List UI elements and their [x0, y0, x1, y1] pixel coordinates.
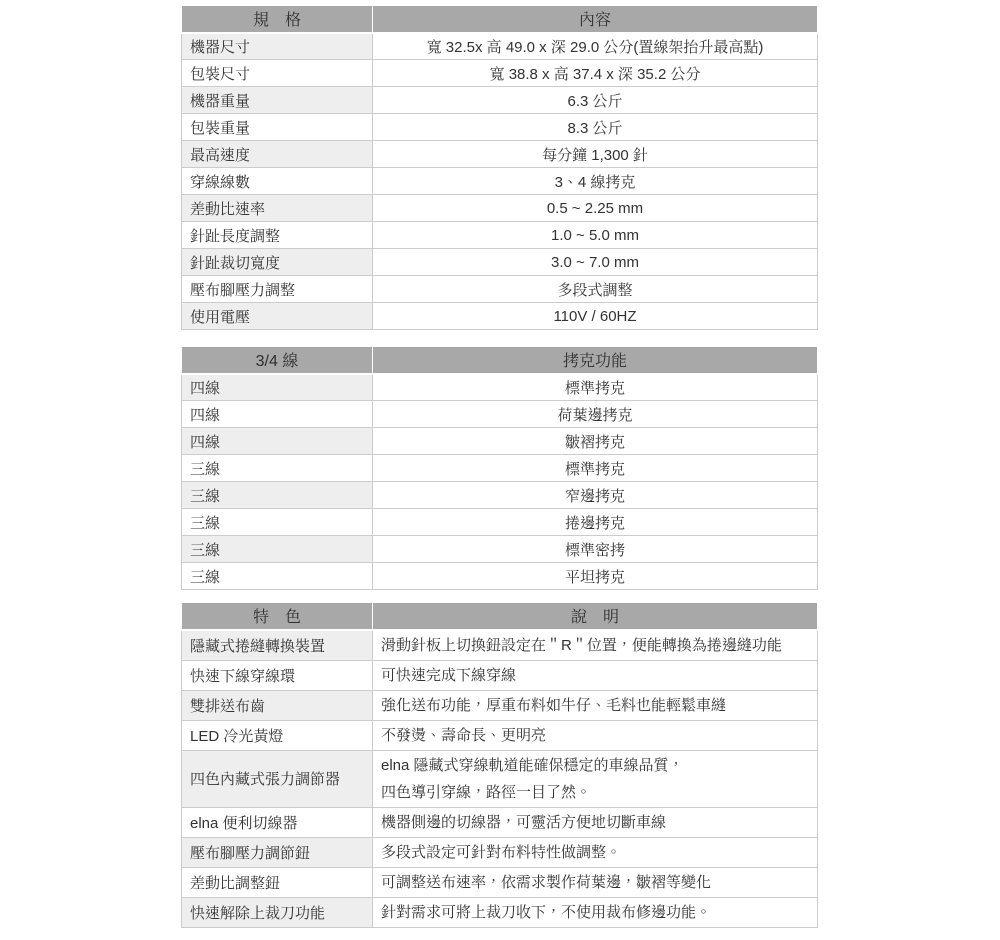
row-label: 快速下線穿線環 [182, 660, 373, 690]
table-header-row: 3/4 線 拷克功能 [182, 347, 818, 374]
table-row: 針趾長度調整 1.0 ~ 5.0 mm [182, 222, 818, 249]
table-row: 隱藏式捲縫轉換裝置 滑動針板上切換鈕設定在＂R＂位置，便能轉換為捲邊縫功能 [182, 630, 818, 661]
row-value: 可快速完成下線穿線 [373, 660, 818, 690]
row-value: 平坦拷克 [373, 563, 818, 590]
table-row: 差動比速率 0.5 ~ 2.25 mm [182, 195, 818, 222]
row-value: 機器側邊的切線器，可靈活方便地切斷車線 [373, 807, 818, 837]
row-value: 110V / 60HZ [373, 303, 818, 330]
table-row: 包裝尺寸 寬 38.8 x 高 37.4 x 深 35.2 公分 [182, 60, 818, 87]
row-label: 差動比調整鈕 [182, 867, 373, 897]
row-value: 3、4 線拷克 [373, 168, 818, 195]
table-row: 快速下線穿線環 可快速完成下線穿線 [182, 660, 818, 690]
table-row: 使用電壓 110V / 60HZ [182, 303, 818, 330]
table-row: 快速解除上裁刀功能 針對需求可將上裁刀收下，不使用裁布修邊功能。 [182, 897, 818, 927]
row-value: 捲邊拷克 [373, 509, 818, 536]
table-row: 三線 捲邊拷克 [182, 509, 818, 536]
feature-table: 特 色 說 明 隱藏式捲縫轉換裝置 滑動針板上切換鈕設定在＂R＂位置，便能轉換為… [181, 602, 818, 928]
row-label: 包裝尺寸 [182, 60, 373, 87]
feature-header-description: 說 明 [373, 603, 818, 630]
row-label: 差動比速率 [182, 195, 373, 222]
row-value: 不發燙、壽命長、更明亮 [373, 720, 818, 750]
row-label: 三線 [182, 563, 373, 590]
row-label: 使用電壓 [182, 303, 373, 330]
row-label: 針趾裁切寬度 [182, 249, 373, 276]
table-header-row: 特 色 說 明 [182, 603, 818, 630]
row-label: 雙排送布齒 [182, 690, 373, 720]
row-value: 多段式設定可針對布料特性做調整。 [373, 837, 818, 867]
row-value: 多段式調整 [373, 276, 818, 303]
row-label: 四線 [182, 428, 373, 455]
row-label: 最高速度 [182, 141, 373, 168]
table-row: 四色內藏式張力調節器 elna 隱藏式穿線軌道能確保穩定的車線品質， 四色導引穿… [182, 750, 818, 807]
row-value: 皺褶拷克 [373, 428, 818, 455]
table-row: 三線 窄邊拷克 [182, 482, 818, 509]
row-label: 隱藏式捲縫轉換裝置 [182, 630, 373, 661]
row-label: 四色內藏式張力調節器 [182, 750, 373, 807]
row-label: 包裝重量 [182, 114, 373, 141]
row-value: 每分鐘 1,300 針 [373, 141, 818, 168]
table-row: 機器尺寸 寬 32.5x 高 49.0 x 深 29.0 公分(置線架抬升最高點… [182, 33, 818, 60]
row-label: 快速解除上裁刀功能 [182, 897, 373, 927]
table-row: 包裝重量 8.3 公斤 [182, 114, 818, 141]
table-row: LED 冷光黃燈 不發燙、壽命長、更明亮 [182, 720, 818, 750]
row-label: LED 冷光黃燈 [182, 720, 373, 750]
row-value: 6.3 公斤 [373, 87, 818, 114]
table-row: 差動比調整鈕 可調整送布速率，依需求製作荷葉邊，皺褶等變化 [182, 867, 818, 897]
product-spec-section: 規 格 內容 機器尺寸 寬 32.5x 高 49.0 x 深 29.0 公分(置… [181, 5, 818, 928]
row-value: 針對需求可將上裁刀收下，不使用裁布修邊功能。 [373, 897, 818, 927]
table-row: 三線 平坦拷克 [182, 563, 818, 590]
row-value: 0.5 ~ 2.25 mm [373, 195, 818, 222]
table-row: 四線 標準拷克 [182, 374, 818, 401]
table-row: 壓布腳壓力調節鈕 多段式設定可針對布料特性做調整。 [182, 837, 818, 867]
spec-header-label: 規 格 [182, 6, 373, 33]
table-row: 壓布腳壓力調整 多段式調整 [182, 276, 818, 303]
row-value: 標準密拷 [373, 536, 818, 563]
table-row: 針趾裁切寬度 3.0 ~ 7.0 mm [182, 249, 818, 276]
stitch-table: 3/4 線 拷克功能 四線 標準拷克 四線 荷葉邊拷克 四線 皺褶拷克 三線 標… [181, 346, 818, 590]
row-label: 機器尺寸 [182, 33, 373, 60]
table-row: 穿線線數 3、4 線拷克 [182, 168, 818, 195]
row-label: 三線 [182, 482, 373, 509]
table-row: 四線 荷葉邊拷克 [182, 401, 818, 428]
table-row: elna 便利切線器 機器側邊的切線器，可靈活方便地切斷車線 [182, 807, 818, 837]
table-row: 最高速度 每分鐘 1,300 針 [182, 141, 818, 168]
row-value: 滑動針板上切換鈕設定在＂R＂位置，便能轉換為捲邊縫功能 [373, 630, 818, 661]
row-label: elna 便利切線器 [182, 807, 373, 837]
row-label: 機器重量 [182, 87, 373, 114]
row-value: 寬 32.5x 高 49.0 x 深 29.0 公分(置線架抬升最高點) [373, 33, 818, 60]
row-value: 1.0 ~ 5.0 mm [373, 222, 818, 249]
row-value: 強化送布功能，厚重布料如牛仔、毛料也能輕鬆車縫 [373, 690, 818, 720]
table-row: 機器重量 6.3 公斤 [182, 87, 818, 114]
stitch-header-threads: 3/4 線 [182, 347, 373, 374]
stitch-header-function: 拷克功能 [373, 347, 818, 374]
row-value: 寬 38.8 x 高 37.4 x 深 35.2 公分 [373, 60, 818, 87]
spec-table: 規 格 內容 機器尺寸 寬 32.5x 高 49.0 x 深 29.0 公分(置… [181, 5, 818, 330]
spec-header-content: 內容 [373, 6, 818, 33]
table-row: 三線 標準密拷 [182, 536, 818, 563]
row-label: 四線 [182, 401, 373, 428]
feature-header-label: 特 色 [182, 603, 373, 630]
row-value: 窄邊拷克 [373, 482, 818, 509]
table-row: 雙排送布齒 強化送布功能，厚重布料如牛仔、毛料也能輕鬆車縫 [182, 690, 818, 720]
row-value: 3.0 ~ 7.0 mm [373, 249, 818, 276]
row-label: 針趾長度調整 [182, 222, 373, 249]
table-row: 三線 標準拷克 [182, 455, 818, 482]
row-value: 可調整送布速率，依需求製作荷葉邊，皺褶等變化 [373, 867, 818, 897]
row-label: 三線 [182, 536, 373, 563]
row-label: 壓布腳壓力調整 [182, 276, 373, 303]
row-label: 三線 [182, 455, 373, 482]
row-value: 8.3 公斤 [373, 114, 818, 141]
row-value: 荷葉邊拷克 [373, 401, 818, 428]
row-label: 四線 [182, 374, 373, 401]
table-header-row: 規 格 內容 [182, 6, 818, 33]
table-row: 四線 皺褶拷克 [182, 428, 818, 455]
row-value: 標準拷克 [373, 374, 818, 401]
row-label: 穿線線數 [182, 168, 373, 195]
row-value: 標準拷克 [373, 455, 818, 482]
row-label: 三線 [182, 509, 373, 536]
row-label: 壓布腳壓力調節鈕 [182, 837, 373, 867]
row-value: elna 隱藏式穿線軌道能確保穩定的車線品質， 四色導引穿線，路徑一目了然。 [373, 750, 818, 807]
